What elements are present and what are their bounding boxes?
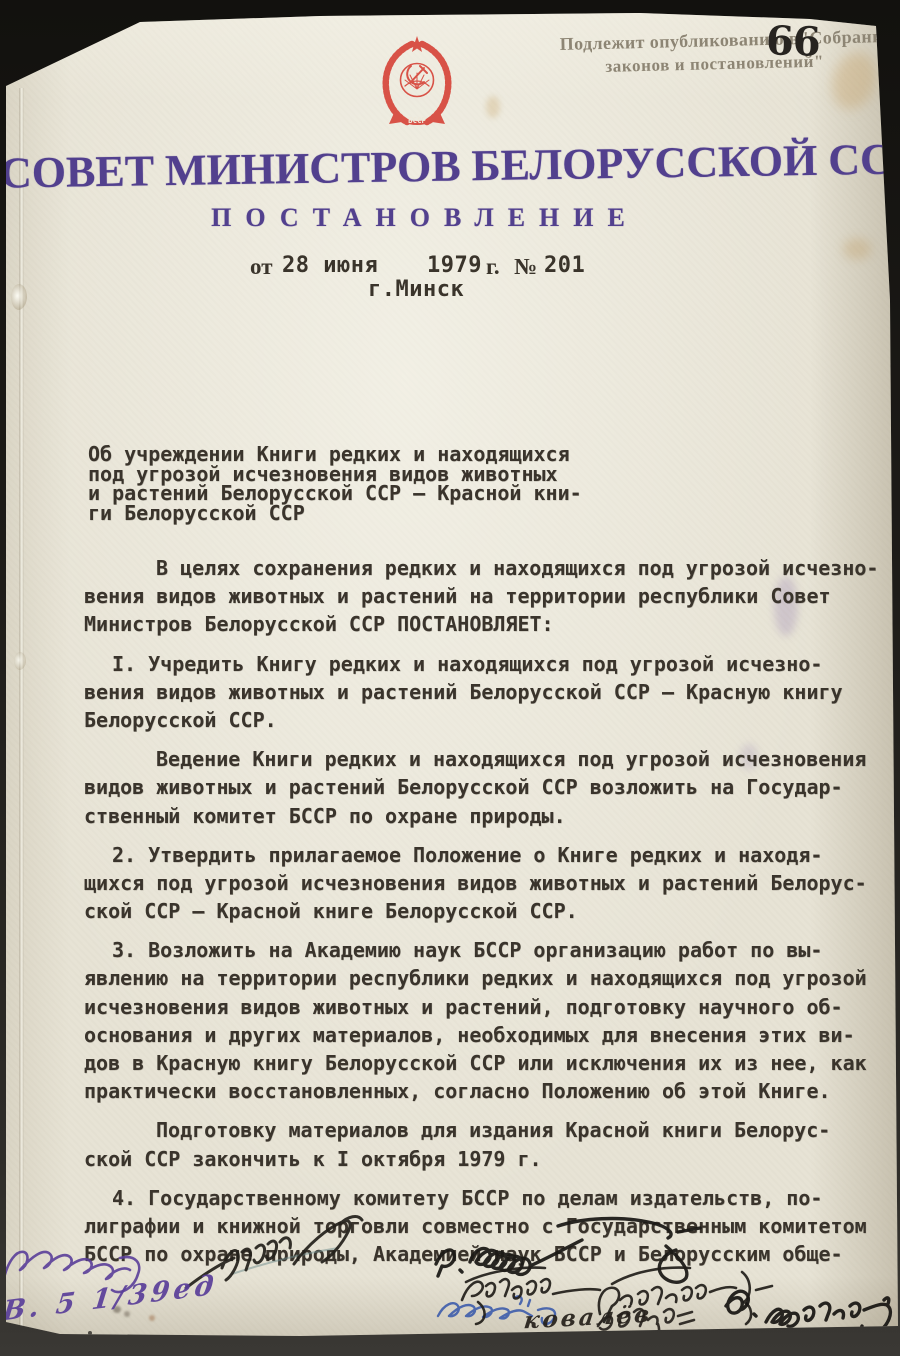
- date-preprint-ot: от: [250, 254, 273, 280]
- emblem-wreath-right: [422, 44, 448, 122]
- body-line: Министров Белорусской ССР ПОСТАНОВЛЯЕТ:: [84, 610, 878, 638]
- year-suffix: г.: [486, 254, 500, 280]
- date-value: 28 июня: [282, 253, 378, 278]
- body-line: вения видов животных и растений на терри…: [84, 582, 878, 610]
- crease-nub: [14, 652, 26, 670]
- document-number: 201: [544, 253, 585, 278]
- body-line: I. Учредить Книгу редких и находящихся п…: [84, 650, 878, 678]
- body-line: исчезновения видов животных и растений, …: [84, 993, 878, 1021]
- body-line: дов в Красную книгу Белорусской ССР или …: [84, 1049, 878, 1077]
- bssr-coat-of-arms-icon: БССР: [372, 33, 462, 129]
- body-line: Ведение Книги редких и находящихся под у…: [84, 745, 878, 773]
- body-line: основания и других материалов, необходим…: [84, 1021, 878, 1049]
- body-line: практически восстановленных, согласно По…: [84, 1077, 878, 1105]
- publication-stamp: Подлежит опубликованию в"Собрании законо…: [560, 26, 891, 78]
- number-sign: №: [514, 254, 537, 280]
- body-line: Белорусской ССР.: [84, 706, 878, 734]
- photo-background: Подлежит опубликованию в"Собрании законо…: [0, 0, 900, 1356]
- document-type-title: ПОСТАНОВЛЕНИЕ: [0, 203, 850, 233]
- emblem-wreath-left: [386, 44, 412, 122]
- body-line: 3. Возложить на Академию наук БССР орган…: [84, 936, 878, 964]
- body-line: 2. Утвердить прилагаемое Положение о Кни…: [84, 841, 878, 869]
- body-line: ской ССР закончить к I октября 1979 г.: [84, 1145, 878, 1173]
- body-line: вения видов животных и растений Белорусс…: [84, 678, 878, 706]
- date-line: от 28 июня 1979 г. № 201 г.Минск: [0, 252, 900, 312]
- body-line: ственный комитет БССР по охране природы.: [84, 802, 878, 830]
- organization-title: СОВЕТ МИНИСТРОВ БЕЛОРУССКОЙ ССР: [0, 134, 850, 198]
- signature-large-black-flourish: [436, 1219, 700, 1283]
- body-line: В целях сохранения редких и находящихся …: [84, 554, 878, 582]
- document-page: Подлежит опубликованию в"Собрании законо…: [0, 0, 900, 1356]
- stain: [486, 96, 500, 118]
- folio-number: 66: [765, 17, 820, 65]
- body-text: В целях сохранения редких и находящихся …: [84, 497, 878, 1268]
- body-line: видов животных и растений Белорусской СС…: [84, 773, 878, 801]
- year-value: 1979: [427, 253, 482, 278]
- city-label: г.Минск: [368, 277, 464, 302]
- emblem-ribbon-label: БССР: [408, 116, 427, 125]
- body-line: ской ССР – Красной книге Белорусской ССР…: [84, 897, 878, 925]
- body-line: Подготовку материалов для издания Красно…: [84, 1116, 878, 1144]
- body-line: щихся под угрозой исчезновения видов жив…: [84, 869, 878, 897]
- body-line: явлению на территории республики редких …: [84, 964, 878, 992]
